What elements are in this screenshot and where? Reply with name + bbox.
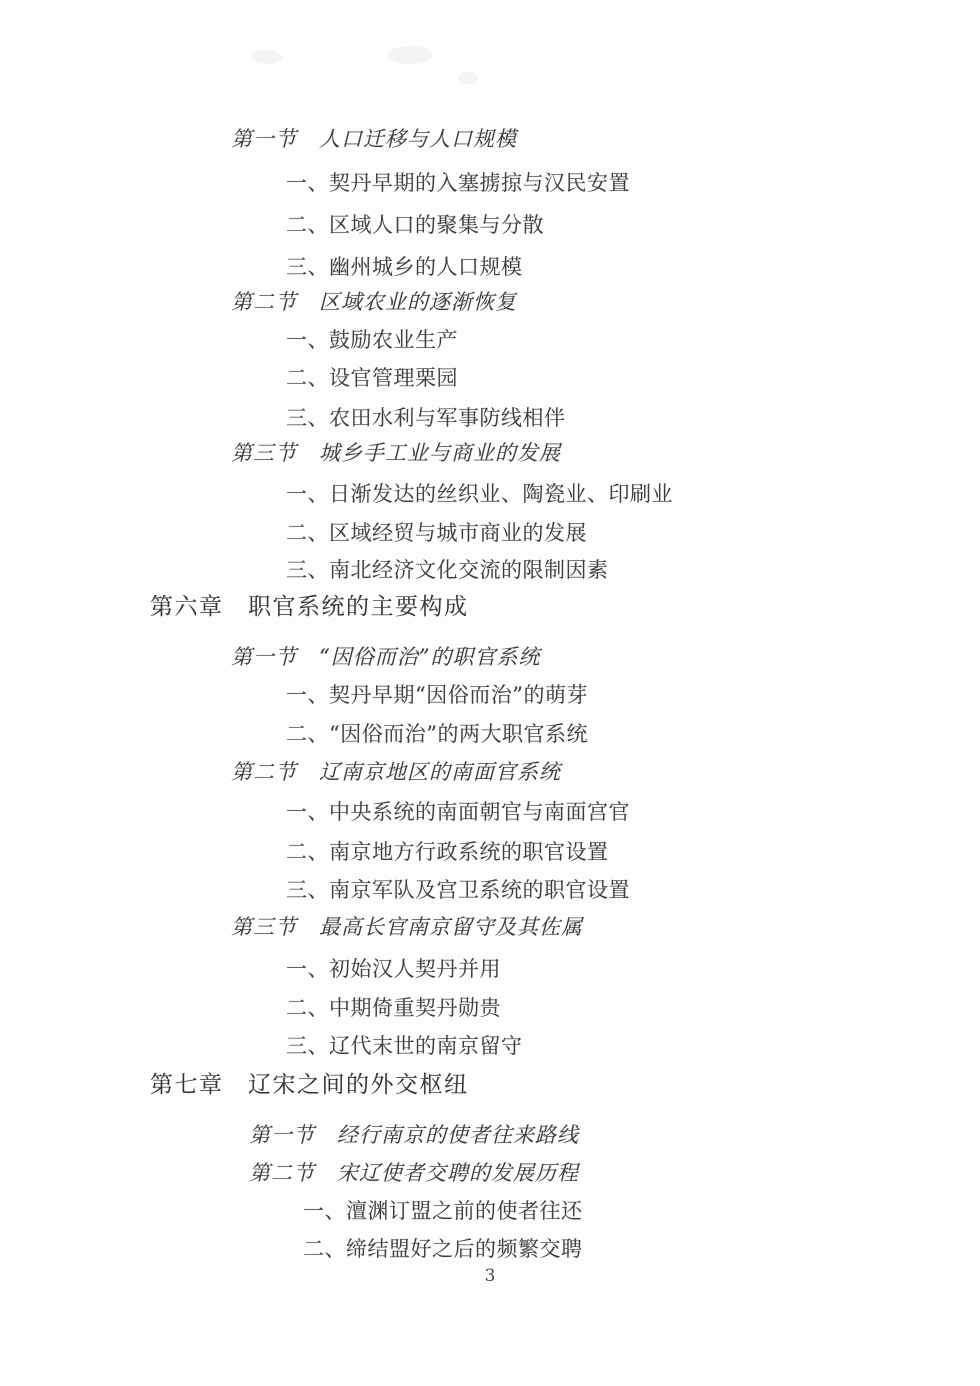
toc-subsection-item: 二、南京地方行政系统的职官设置 — [286, 840, 609, 864]
toc-subsection-item: 一、鼓励农业生产 — [286, 328, 458, 352]
toc-subsection-item: 三、幽州城乡的人口规模 — [286, 255, 523, 279]
toc-chapter-heading: 第六章 职官系统的主要构成 — [150, 594, 469, 620]
scanned-toc-page: 第一节 人口迁移与人口规模 一、契丹早期的入塞掳掠与汉民安置 二、区域人口的聚集… — [0, 0, 980, 1386]
toc-subsection-item: 二、区域经贸与城市商业的发展 — [286, 521, 587, 545]
toc-section-heading: 第二节 辽南京地区的南面官系统 — [231, 760, 561, 784]
toc-section-heading: 第一节 人口迁移与人口规模 — [231, 127, 517, 151]
toc-section-heading: 第三节 城乡手工业与商业的发展 — [231, 441, 561, 465]
toc-section-heading: 第二节 区域农业的逐渐恢复 — [231, 290, 517, 314]
toc-subsection-item: 一、初始汉人契丹并用 — [286, 957, 501, 981]
toc-subsection-item: 一、日渐发达的丝织业、陶瓷业、印刷业 — [286, 482, 673, 506]
toc-section-heading: 第二节 宋辽使者交聘的发展历程 — [249, 1161, 579, 1185]
toc-section-heading: 第一节 经行南京的使者往来路线 — [249, 1123, 579, 1147]
toc-subsection-item: 一、契丹早期“因俗而治”的萌芽 — [286, 683, 588, 707]
toc-subsection-item: 一、契丹早期的入塞掳掠与汉民安置 — [286, 171, 630, 195]
toc-subsection-item: 三、辽代末世的南京留守 — [286, 1034, 523, 1058]
toc-subsection-item: 二、中期倚重契丹勋贵 — [286, 996, 501, 1020]
scan-smudge — [388, 46, 432, 64]
toc-subsection-item: 二、缔结盟好之后的频繁交聘 — [303, 1237, 583, 1261]
toc-section-heading: 第一节 “因俗而治”的职官系统 — [231, 645, 540, 669]
toc-subsection-item: 一、澶渊订盟之前的使者往还 — [303, 1199, 583, 1223]
toc-subsection-item: 一、中央系统的南面朝官与南面宫官 — [286, 800, 630, 824]
toc-subsection-item: 二、“因俗而治”的两大职官系统 — [286, 722, 588, 746]
toc-section-heading: 第三节 最高长官南京留守及其佐属 — [231, 915, 583, 939]
page-number: 3 — [0, 1266, 980, 1286]
toc-chapter-heading: 第七章 辽宋之间的外交枢纽 — [150, 1072, 469, 1098]
toc-subsection-item: 二、区域人口的聚集与分散 — [286, 213, 544, 237]
toc-subsection-item: 三、农田水利与军事防线相伴 — [286, 406, 566, 430]
toc-subsection-item: 三、南北经济文化交流的限制因素 — [286, 558, 609, 582]
scan-smudge — [458, 72, 478, 84]
toc-subsection-item: 三、南京军队及宫卫系统的职官设置 — [286, 878, 630, 902]
toc-subsection-item: 二、设官管理栗园 — [286, 366, 458, 390]
scan-smudge — [252, 50, 282, 64]
